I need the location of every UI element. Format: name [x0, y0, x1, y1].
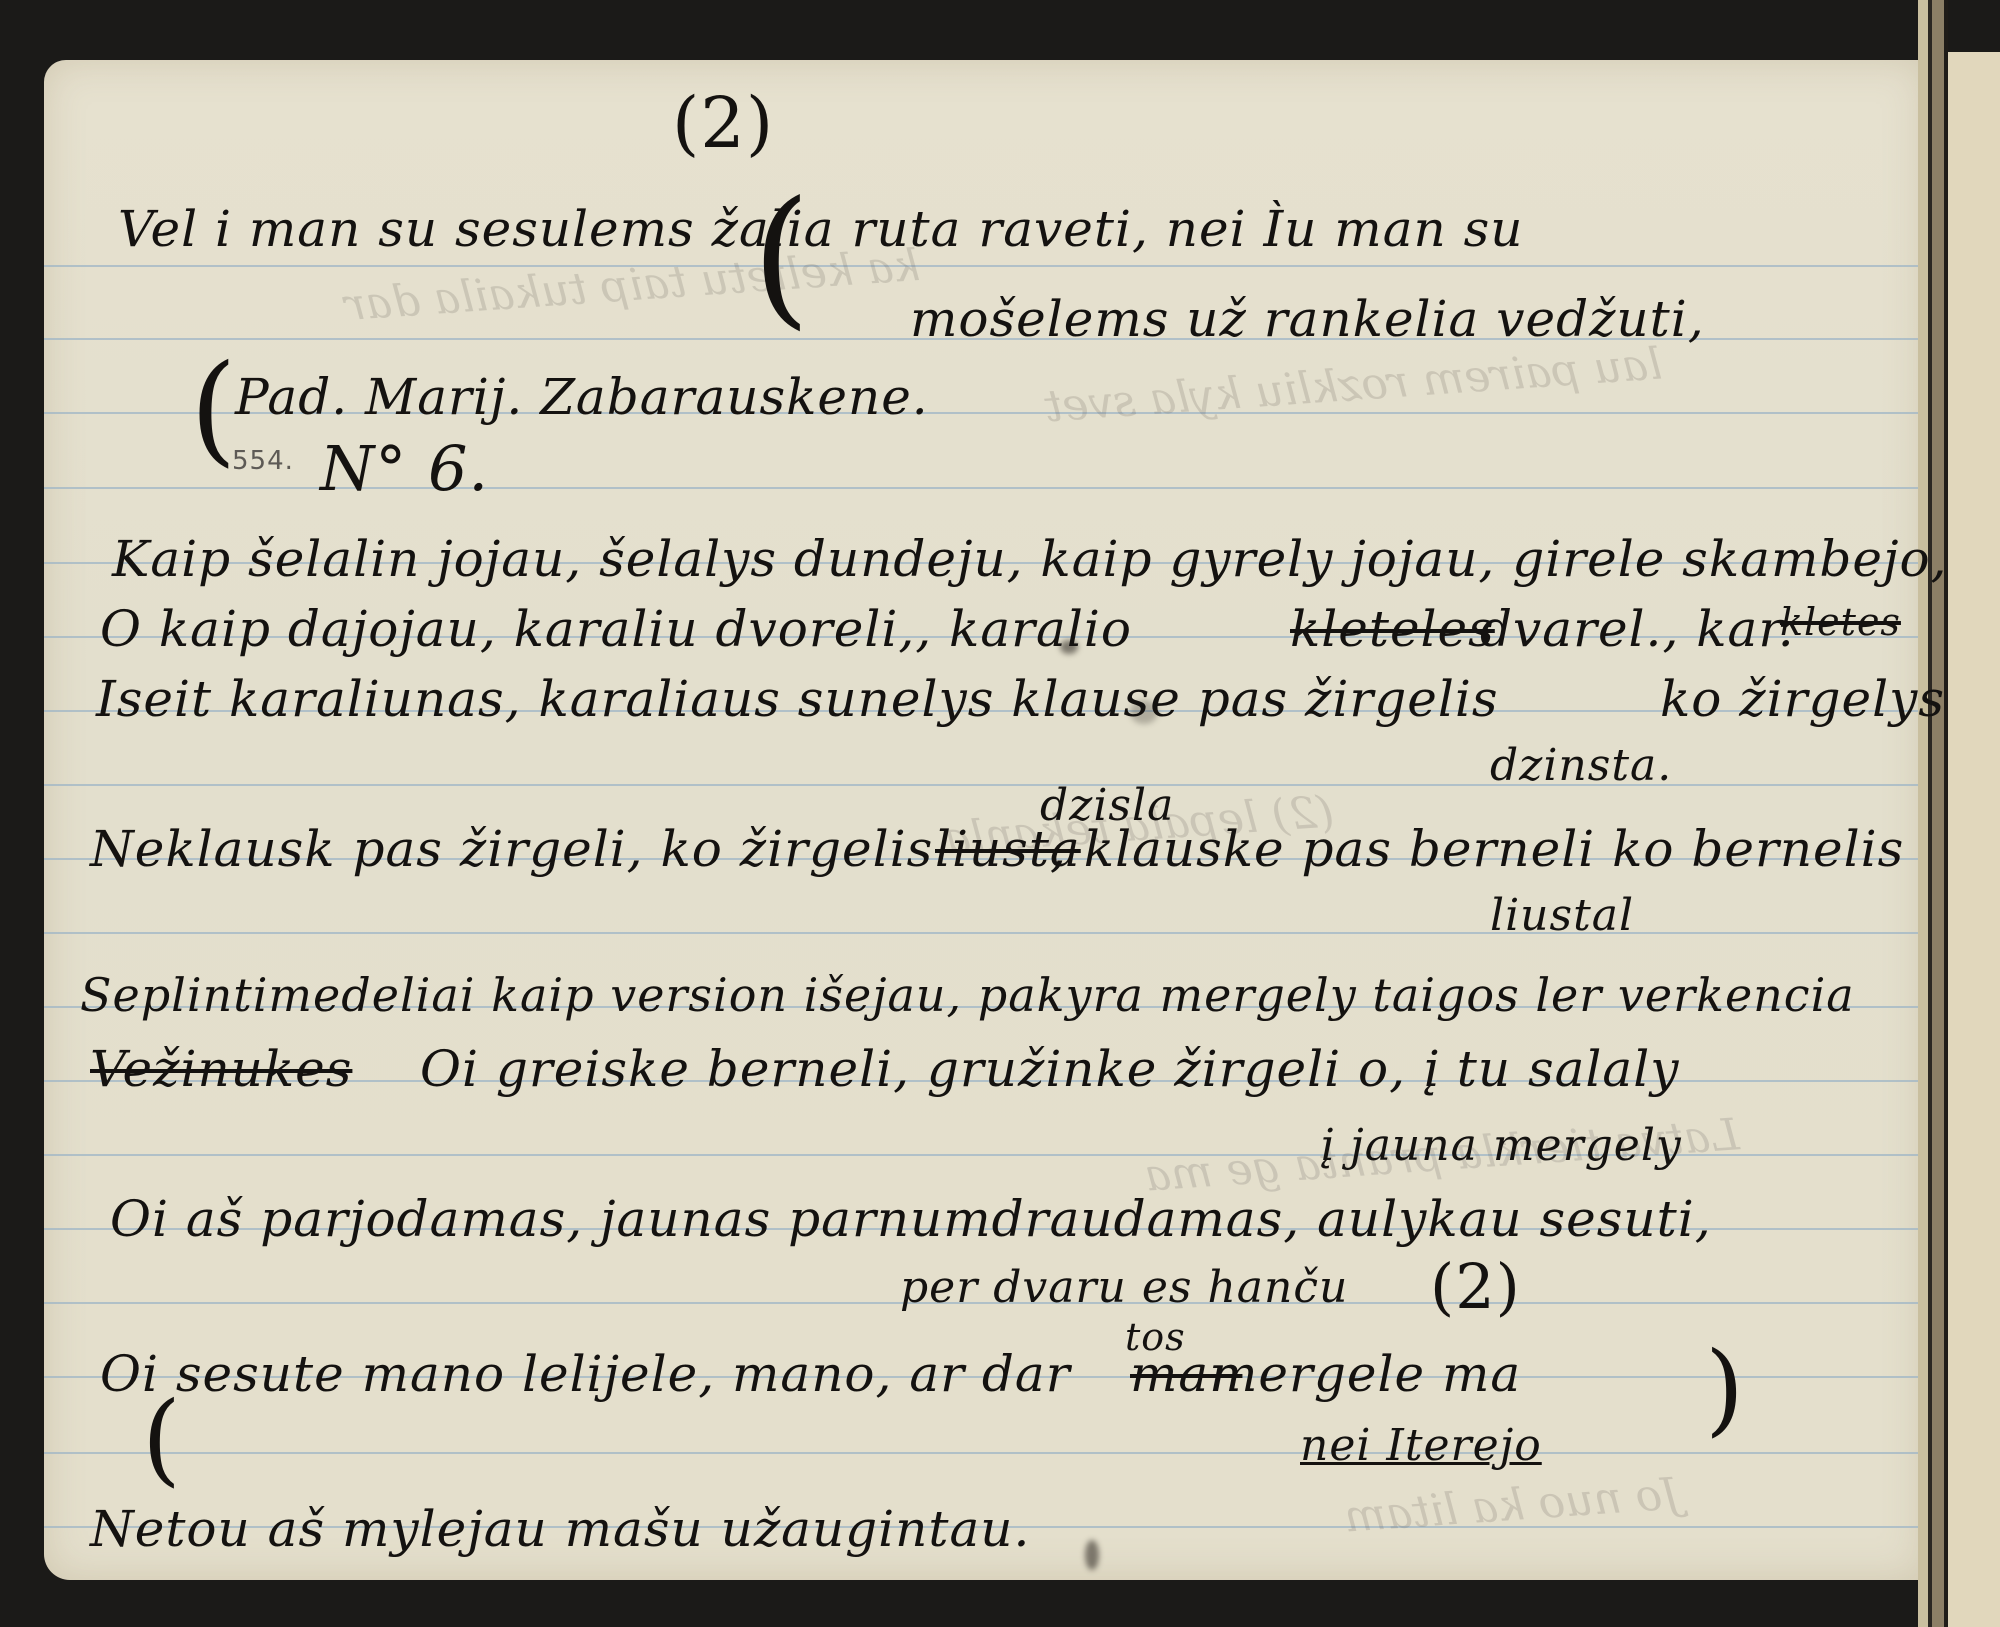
- ruling-line: [44, 932, 1924, 934]
- brace-mark: (: [190, 340, 237, 479]
- refrain-mark: (2): [672, 82, 774, 164]
- struck-word: kletes: [1780, 600, 1901, 644]
- line-4-part-a: O kaip dajojau, karaliu dvoreli,, karali…: [100, 600, 1132, 658]
- line-2: mošelems už rankelia vedžuti,: [910, 290, 1705, 348]
- line-13-part-b: mergele ma: [1210, 1345, 1521, 1403]
- next-page-edge: [1948, 52, 2000, 1627]
- line-4-part-b: dvarel., kar.: [1480, 600, 1795, 658]
- header-informant-name: Pad. Marij. Zabarauskene.: [235, 368, 929, 426]
- line-5-part-b: ko žirgelys: [1660, 670, 1945, 728]
- background: [1948, 0, 2000, 52]
- line-6-part-a: Neklausk pas žirgeli, ko žirgelis: [90, 820, 933, 878]
- line-8: Seplintimedeliai kaip version išejau, pa…: [80, 968, 1855, 1022]
- header-song-number: N° 6.: [320, 432, 489, 505]
- insert-phrase: į jauna mergely: [1320, 1120, 1682, 1171]
- struck-word: kleteles: [1290, 600, 1495, 658]
- bleed-through-text: Jo nuo ka litam: [1343, 1468, 1682, 1542]
- ruling-line: [44, 265, 1924, 267]
- brace-mark: (: [142, 1380, 181, 1497]
- brace-mark: (: [752, 170, 811, 344]
- insert-phrase: nei Iterejo: [1300, 1420, 1542, 1471]
- line-5-part-a: Iseit karaliunas, karaliaus sunelys klau…: [96, 670, 1499, 728]
- line-3: Kaip šelalin jojau, šelalys dundeju, kai…: [112, 530, 1947, 588]
- page-edge: [1918, 0, 1928, 1627]
- line-13-part-a: Oi sesute mano lelijele, mano, ar dar: [100, 1345, 1071, 1403]
- insert-phrase: per dvaru es hanču: [900, 1262, 1348, 1313]
- line-1: Vel i man su sesulems žalia ruta raveti,…: [118, 200, 1523, 258]
- pencil-archive-number: 554.: [232, 446, 294, 476]
- binding-gutter: [1932, 0, 1944, 1627]
- line-11: Oi aš parjodamas, jaunas parnumdraudamas…: [110, 1190, 1712, 1248]
- line-15: Netou aš mylejau mašu užaugintau.: [90, 1500, 1030, 1558]
- line-9: Oi greiske berneli, gružinke žirgeli o, …: [420, 1040, 1679, 1098]
- brace-mark: ): [1705, 1330, 1744, 1447]
- ink-blot: [1085, 1540, 1099, 1570]
- insert-word: dzinsta.: [1490, 740, 1672, 791]
- struck-word: Vežinukes: [90, 1040, 352, 1098]
- refrain-mark: (2): [1430, 1250, 1521, 1323]
- line-6-part-b: , klauske pas berneli ko bernelis: [1050, 820, 1904, 878]
- bleed-through-text: lau pairem rozkliu kyla svet: [1043, 338, 1664, 432]
- ruling-line: [44, 1452, 1924, 1454]
- insert-word: liustal: [1490, 890, 1634, 941]
